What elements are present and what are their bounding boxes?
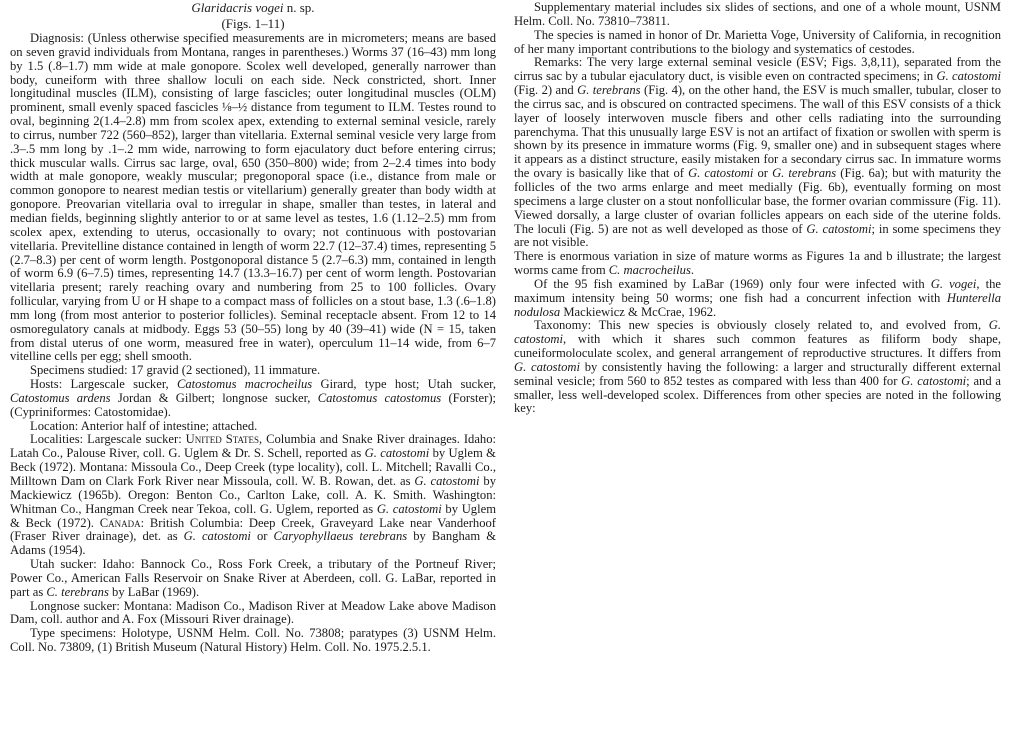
type-specimens-paragraph: Type specimens: Holotype, USNM Helm. Col… xyxy=(10,627,496,655)
longnose-sucker-paragraph: Longnose sucker: Montana: Madison Co., M… xyxy=(10,600,496,628)
species-title: Glaridacris vogei n. sp. xyxy=(10,0,496,15)
location-paragraph: Location: Anterior half of intestine; at… xyxy=(10,420,496,434)
species-suffix: n. sp. xyxy=(284,0,315,15)
taxonomy-paragraph: Taxonomy: This new species is obviously … xyxy=(514,319,1001,416)
left-column: Glaridacris vogei n. sp. (Figs. 1–11) Di… xyxy=(10,0,496,655)
supplementary-paragraph: Supplementary material includes six slid… xyxy=(514,1,1001,29)
infection-paragraph: Of the 95 fish examined by LaBar (1969) … xyxy=(514,278,1001,320)
diagnosis-paragraph: Diagnosis: (Unless otherwise specified m… xyxy=(10,32,496,364)
etymology-paragraph: The species is named in honor of Dr. Mar… xyxy=(514,29,1001,57)
species-name: Glaridacris vogei xyxy=(191,0,283,15)
utah-sucker-paragraph: Utah sucker: Idaho: Bannock Co., Ross Fo… xyxy=(10,558,496,600)
figures-reference: (Figs. 1–11) xyxy=(10,16,496,31)
variation-paragraph: There is enormous variation in size of m… xyxy=(514,250,1001,278)
remarks-paragraph: Remarks: The very large external seminal… xyxy=(514,56,1001,250)
hosts-paragraph: Hosts: Largescale sucker, Catostomus mac… xyxy=(10,378,496,420)
specimens-paragraph: Specimens studied: 17 gravid (2 sectione… xyxy=(10,364,496,378)
localities-paragraph: Localities: Largescale sucker: United St… xyxy=(10,433,496,558)
right-column: Supplementary material includes six slid… xyxy=(514,1,1001,416)
